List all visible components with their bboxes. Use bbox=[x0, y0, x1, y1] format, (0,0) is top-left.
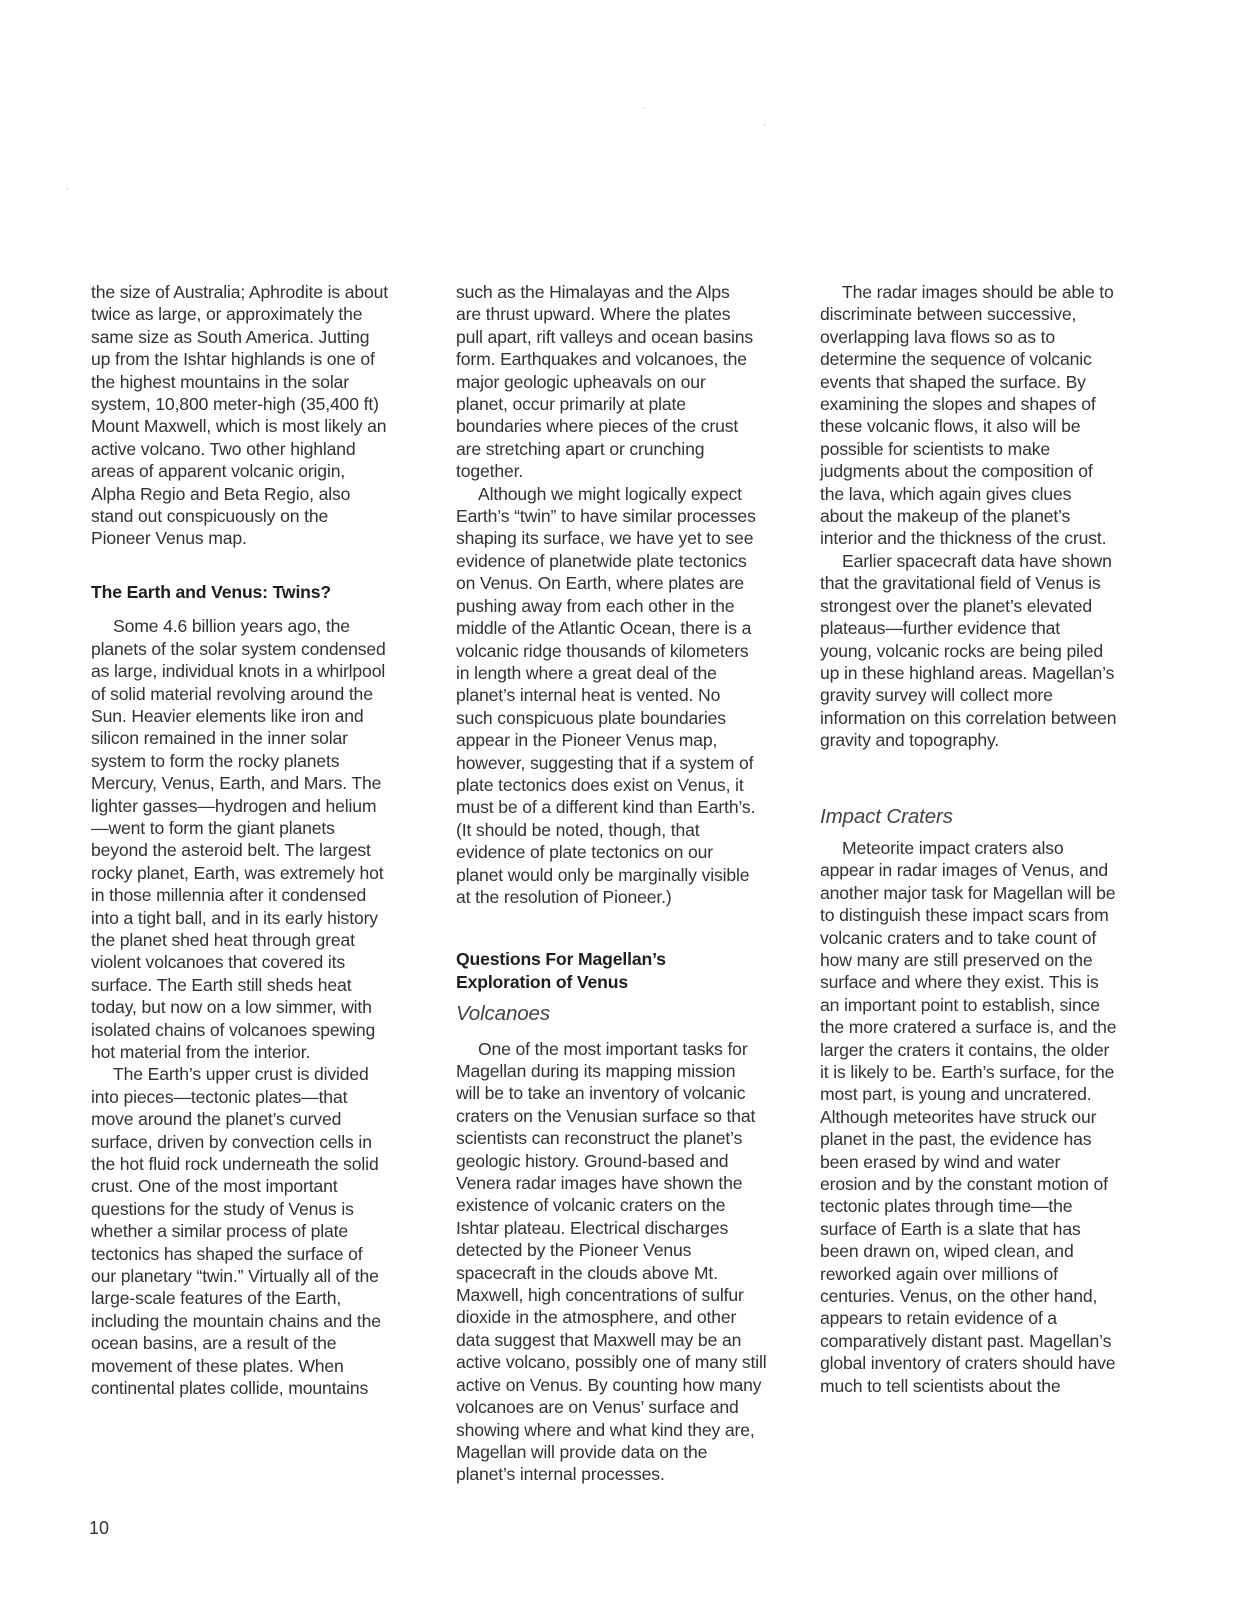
paragraph: Meteorite impact craters also appear in … bbox=[820, 837, 1180, 1397]
scan-speck bbox=[66, 188, 68, 190]
subheading-impact-craters: Impact Craters bbox=[820, 806, 1180, 828]
section-heading-questions: Questions For Magellan’s Exploration of … bbox=[456, 948, 816, 993]
page-number: 10 bbox=[89, 1518, 109, 1539]
paragraph: Some 4.6 billion years ago, the planets … bbox=[91, 615, 451, 1063]
paragraph: such as the Himalayas and the Alps are t… bbox=[456, 281, 816, 483]
document-page: the size of Australia; Aphrodite is abou… bbox=[0, 0, 1244, 1604]
text-column-2: such as the Himalayas and the Alps are t… bbox=[456, 281, 816, 1486]
paragraph: Earlier spacecraft data have shown that … bbox=[820, 550, 1180, 752]
paragraph: One of the most important tasks for Mage… bbox=[456, 1038, 816, 1486]
subheading-volcanoes: Volcanoes bbox=[456, 1003, 816, 1025]
paragraph: The radar images should be able to discr… bbox=[820, 281, 1180, 550]
paragraph: Although we might logically expect Earth… bbox=[456, 483, 816, 909]
text-column-1: the size of Australia; Aphrodite is abou… bbox=[91, 281, 451, 1400]
paragraph: the size of Australia; Aphrodite is abou… bbox=[91, 281, 451, 550]
text-column-3: The radar images should be able to discr… bbox=[820, 281, 1180, 1397]
paragraph: The Earth’s upper crust is divided into … bbox=[91, 1063, 451, 1399]
section-heading-twins: The Earth and Venus: Twins? bbox=[91, 581, 451, 603]
scan-speck bbox=[643, 107, 645, 109]
scan-speck bbox=[764, 124, 766, 126]
